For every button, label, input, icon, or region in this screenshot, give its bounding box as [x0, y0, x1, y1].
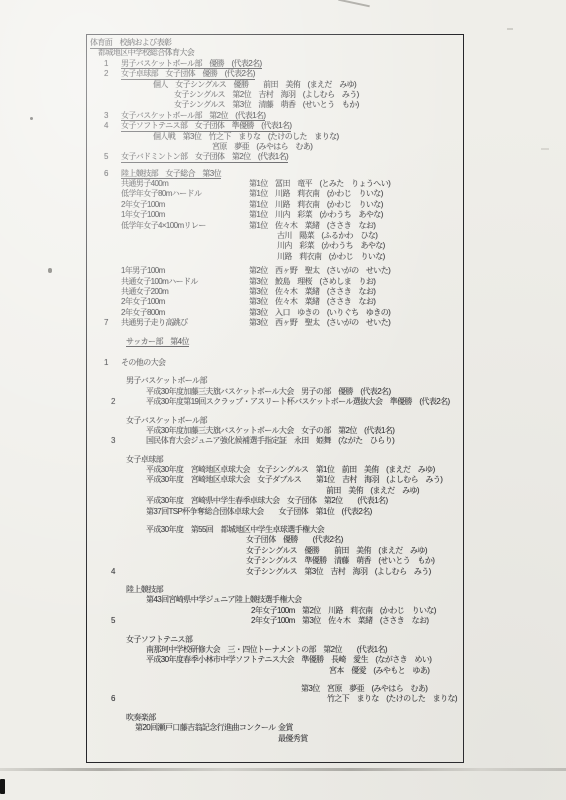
doc-line: サッカー部 第4位: [87, 337, 463, 347]
doc-line: 7共通男子走り高跳び第3位 西ヶ野 聖太 (さいがの せいた): [87, 318, 463, 328]
entry-text: 前田 美侑 (まえだ みゆ): [326, 486, 419, 495]
margin-number: 6: [111, 694, 115, 704]
scan-speck-artifact: [507, 28, 513, 30]
scan-speck-artifact: [48, 268, 52, 273]
doc-line: 5女子バドミントン部 女子団体 第2位 (代表1名): [87, 152, 463, 162]
doc-line: 南那珂中学校研修大会 三・四位トーナメントの部 第2位 (代表1名): [87, 645, 463, 655]
underlined-entry-text: 女子バドミントン部 女子団体 第2位 (代表1名): [121, 152, 288, 163]
doc-line: 第37回TSP杯争奪総合団体卓球大会 女子団体 第1位 (代表2名): [87, 507, 463, 517]
event-label: 共通男子400m: [121, 179, 249, 189]
entry-text: 女子団体 優勝 (代表2名): [246, 535, 343, 544]
margin-number: 5: [111, 616, 115, 626]
entry-text: 川内 彩菜 (かわうち あやな): [277, 241, 385, 250]
doc-line: 第43回宮崎県中学ジュニア陸上競技選手権大会: [87, 595, 463, 605]
entry-text: 平成30年度第19回スクラップ・アスリート杯バスケットボール選抜大会 準優勝 (…: [146, 397, 450, 406]
doc-line: 吹奏楽部: [87, 713, 463, 723]
entry-text: 平成30年度加藤三夫旗バスケットボール大会 女子の部 第2位 (代表1名): [146, 426, 394, 435]
entry-text: 女子バスケットボール部: [126, 416, 207, 425]
margin-number: 1: [104, 59, 121, 69]
entry-text: 平成30年度 第55回 都城地区中学生卓球選手権大会: [146, 525, 324, 534]
margin-number: 6: [104, 169, 121, 179]
result-text: 第3位 鮫島 理桜 (さめしま りお): [249, 277, 375, 286]
doc-line: 女子シングルス 第3位 清藤 萌香 (せいとう もか): [87, 100, 463, 110]
doc-line: 女子ソフトテニス部: [87, 635, 463, 645]
doc-line: 宮本 優愛 (みやもと ゆあ): [87, 666, 463, 676]
doc-line: 女子シングルス 第2位 吉村 海羽 (よしむら みう): [87, 90, 463, 100]
doc-line: 平成30年度 宮崎地区卓球大会 女子シングルス 第1位 前田 美侑 (まえだ み…: [87, 465, 463, 475]
entry-text: 平成30年度 宮崎地区卓球大会 女子シングルス 第1位 前田 美侑 (まえだ み…: [146, 465, 435, 474]
blank-line: [87, 577, 463, 585]
document-frame: 体育面 校納および表彰都城地区中学校総合体育大会1男子バスケットボール部 優勝 …: [86, 34, 464, 763]
doc-line: 低学年女子4×100mリレー第1位 佐々木 菜緒 (ささき なお): [87, 221, 463, 231]
entry-text: 2年女子100m 第2位 川路 莉衣南 (かわじ りいな): [251, 606, 436, 615]
entry-text: 個人 女子シングルス 優勝 前田 美侑 (まえだ みゆ): [153, 80, 356, 89]
entry-text: 女子シングルス 第3位 清藤 萌香 (せいとう もか): [174, 100, 359, 109]
blank-line: [87, 705, 463, 713]
entry-text: 第43回宮崎県中学ジュニア陸上競技選手権大会: [146, 595, 302, 604]
blank-line: [87, 517, 463, 525]
result-text: 第2位 西ヶ野 聖太 (さいがの せいた): [249, 266, 390, 275]
doc-line: 4女子シングルス 第3位 吉村 海羽 (よしむら みう): [87, 567, 463, 577]
entry-text: 最優秀賞: [278, 734, 308, 743]
blank-line: [87, 347, 463, 358]
event-label: 共通男子走り高跳び: [121, 318, 249, 328]
event-label: 低学年女子4×100mリレー: [121, 221, 249, 231]
event-label: 1年男子100m: [121, 266, 249, 276]
result-text: 第1位 冨田 竜平 (とみた りょうへい): [249, 179, 390, 188]
event-label: 低学年女子80mハードル: [121, 189, 249, 199]
result-text: 第3位 佐々木 菜緒 (ささき なお): [249, 297, 375, 306]
margin-number: 4: [104, 121, 121, 131]
underlined-entry-text: 女子バスケットボール部 第2位 (代表1名): [121, 111, 265, 122]
blank-line: [87, 408, 463, 416]
doc-line: 1年女子100m第1位 川内 彩菜 (かわうち あやな): [87, 210, 463, 220]
margin-number: 3: [111, 436, 115, 446]
entry-text: 宮本 優愛 (みやもと ゆあ): [329, 666, 429, 675]
margin-number: 1: [104, 358, 121, 368]
result-text: 第3位 西ヶ野 聖太 (さいがの せいた): [249, 318, 390, 327]
event-label: 2年女子100m: [121, 200, 249, 210]
doc-line: 女子バスケットボール部: [87, 416, 463, 426]
underlined-entry-text: 女子卓球部 女子団体 優勝 (代表2名): [121, 69, 255, 80]
doc-line: 共通男子400m第1位 冨田 竜平 (とみた りょうへい): [87, 179, 463, 189]
event-label: 2年女子100m: [121, 297, 249, 307]
event-label: 第20回瀬戸口藤吉翁記念行進曲コンクール: [135, 723, 278, 733]
entry-text: 女子シングルス 第2位 吉村 海羽 (よしむら みう): [174, 90, 359, 99]
event-label: 1年女子100m: [121, 210, 249, 220]
underlined-entry-text: 体育面 校納および表彰: [90, 38, 171, 49]
doc-line: 共通女子200m第3位 佐々木 菜緒 (ささき なお): [87, 287, 463, 297]
entry-text: 2年女子100m 第3位 佐々木 菜緒 (ささき なお): [251, 616, 428, 625]
entry-text: 南那珂中学校研修大会 三・四位トーナメントの部 第2位 (代表1名): [146, 645, 387, 654]
result-text: 第1位 川路 莉衣南 (かわじ りいな): [249, 200, 383, 209]
doc-line: 平成30年度 宮崎地区卓球大会 女子ダブルス 第1位 吉村 海羽 (よしむら み…: [87, 475, 463, 485]
entry-text: 古川 陽菜 (ふるかわ ひな): [277, 231, 377, 240]
scan-smudge-artifact: [338, 0, 370, 7]
entry-text: 女子ソフトテニス部: [126, 635, 192, 644]
doc-line: 最優秀賞: [87, 734, 463, 744]
doc-line: 川内 彩菜 (かわうち あやな): [87, 241, 463, 251]
entry-text: 女子シングルス 第3位 吉村 海羽 (よしむら みう): [246, 567, 431, 576]
scan-speck-artifact: [541, 148, 549, 150]
doc-line: 低学年女子80mハードル第1位 川路 莉衣南 (かわじ りいな): [87, 189, 463, 199]
scan-corner-mark-artifact: [0, 779, 5, 794]
result-text: 第1位 川内 彩菜 (かわうち あやな): [249, 210, 383, 219]
result-text: 第1位 川路 莉衣南 (かわじ りいな): [249, 189, 383, 198]
entry-text: 女子シングルス 優勝 前田 美侑 (まえだ みゆ): [246, 546, 427, 555]
margin-number: 3: [104, 111, 121, 121]
doc-line: 6竹之下 まりな (たけのした まりな): [87, 694, 463, 704]
doc-line: 2年女子100m第1位 川路 莉衣南 (かわじ りいな): [87, 200, 463, 210]
doc-line: 平成30年度春季小林市中学ソフトテニス大会 準優勝 長崎 愛生 (ながさき めい…: [87, 655, 463, 665]
doc-line: 2年女子100m 第2位 川路 莉衣南 (かわじ りいな): [87, 606, 463, 616]
doc-line: 4女子ソフトテニス部 女子団体 準優勝 (代表1名): [87, 121, 463, 131]
blank-line: [87, 627, 463, 635]
entry-text: 平成30年度加藤三夫旗バスケットボール大会 男子の部 優勝 (代表2名): [146, 387, 391, 396]
entry-text: 国民体育大会ジュニア強化候補選手指定証 永田 姫舞 (ながた ひらり): [146, 436, 394, 445]
underlined-entry-text: 陸上競技部 女子総合 第3位: [121, 169, 221, 180]
result-text: 第1位 佐々木 菜緒 (ささき なお): [249, 221, 375, 230]
doc-line: 女子シングルス 準優勝 清藤 萌香 (せいとう もか): [87, 556, 463, 566]
doc-line: 2女子卓球部 女子団体 優勝 (代表2名): [87, 69, 463, 79]
doc-line: 3国民体育大会ジュニア強化候補選手指定証 永田 姫舞 (ながた ひらり): [87, 436, 463, 446]
event-label: 共通女子100mハードル: [121, 277, 249, 287]
entry-text: 陸上競技部: [126, 585, 163, 594]
entry-text: 都城地区中学校総合体育大会: [98, 48, 194, 57]
doc-line: 平成30年度 第55回 都城地区中学生卓球選手権大会: [87, 525, 463, 535]
doc-line: 女子シングルス 優勝 前田 美侑 (まえだ みゆ): [87, 546, 463, 556]
margin-number: 4: [111, 567, 115, 577]
entry-text: 第37回TSP杯争奪総合団体卓球大会 女子団体 第1位 (代表2名): [146, 507, 372, 516]
entry-text: 個人戦 第3位 竹之下 まりな (たけのした まりな): [153, 132, 339, 141]
margin-number: 7: [104, 318, 121, 328]
entry-text: 吹奏楽部: [126, 713, 156, 722]
doc-line: 前田 美侑 (まえだ みゆ): [87, 486, 463, 496]
blank-line: [87, 676, 463, 684]
entry-text: 平成30年度春季小林市中学ソフトテニス大会 準優勝 長崎 愛生 (ながさき めい…: [146, 655, 431, 664]
entry-text: 女子シングルス 準優勝 清藤 萌香 (せいとう もか): [246, 556, 434, 565]
entry-text: 竹之下 まりな (たけのした まりな): [327, 694, 457, 703]
result-text: 金賞: [278, 723, 293, 732]
underlined-entry-text: 男子バスケットボール部 優勝 (代表2名): [121, 59, 262, 70]
doc-line: 古川 陽菜 (ふるかわ ひな): [87, 231, 463, 241]
result-text: 第3位 入口 ゆきの (いりぐち ゆきの): [249, 308, 390, 317]
entry-text: 川路 莉衣南 (かわじ りいな): [277, 252, 385, 261]
doc-line: 陸上競技部: [87, 585, 463, 595]
doc-line: 3女子バスケットボール部 第2位 (代表1名): [87, 111, 463, 121]
margin-number: 2: [104, 69, 121, 79]
doc-line: 平成30年度加藤三夫旗バスケットボール大会 男子の部 優勝 (代表2名): [87, 387, 463, 397]
doc-line: 1その他の大会: [87, 358, 463, 368]
doc-line: 52年女子100m 第3位 佐々木 菜緒 (ささき なお): [87, 616, 463, 626]
blank-line: [87, 329, 463, 337]
doc-line: 男子バスケットボール部: [87, 376, 463, 386]
entry-text: 平成30年度 宮崎県中学生春季卓球大会 女子団体 第2位 (代表1名): [146, 496, 388, 505]
scan-speck-artifact: [30, 117, 33, 120]
doc-line: 平成30年度 宮崎県中学生春季卓球大会 女子団体 第2位 (代表1名): [87, 496, 463, 506]
doc-line: 2年女子100m第3位 佐々木 菜緒 (ささき なお): [87, 297, 463, 307]
doc-line: 都城地区中学校総合体育大会: [87, 48, 463, 58]
entry-text: 女子卓球部: [126, 455, 163, 464]
event-label: 共通女子200m: [121, 287, 249, 297]
doc-line: 2平成30年度第19回スクラップ・アスリート杯バスケットボール選抜大会 準優勝 …: [87, 397, 463, 407]
underlined-entry-text: 女子ソフトテニス部 女子団体 準優勝 (代表1名): [121, 121, 291, 132]
margin-number: 2: [111, 397, 115, 407]
entry-text: 第3位 宮原 夢亜 (みやはら むあ): [301, 684, 427, 693]
doc-line: 第3位 宮原 夢亜 (みやはら むあ): [87, 684, 463, 694]
scan-streak-artifact: [0, 768, 566, 771]
doc-line: 個人 女子シングルス 優勝 前田 美侑 (まえだ みゆ): [87, 80, 463, 90]
doc-line: 6陸上競技部 女子総合 第3位: [87, 169, 463, 179]
doc-line: 共通女子100mハードル第3位 鮫島 理桜 (さめしま りお): [87, 277, 463, 287]
doc-line: 川路 莉衣南 (かわじ りいな): [87, 252, 463, 262]
blank-line: [87, 447, 463, 455]
doc-line: 体育面 校納および表彰: [87, 38, 463, 48]
doc-line: 個人戦 第3位 竹之下 まりな (たけのした まりな): [87, 132, 463, 142]
doc-line: 宮原 夢亜 (みやはら むあ): [87, 142, 463, 152]
entry-text: 男子バスケットボール部: [126, 376, 207, 385]
doc-line: 2年女子800m第3位 入口 ゆきの (いりぐち ゆきの): [87, 308, 463, 318]
doc-line: 1年男子100m第2位 西ヶ野 聖太 (さいがの せいた): [87, 266, 463, 276]
entry-text: 宮原 夢亜 (みやはら むあ): [212, 142, 312, 151]
doc-line: 女子団体 優勝 (代表2名): [87, 535, 463, 545]
doc-line: 女子卓球部: [87, 455, 463, 465]
margin-number: 5: [104, 152, 121, 162]
entry-text: 平成30年度 宮崎地区卓球大会 女子ダブルス 第1位 吉村 海羽 (よしむら み…: [146, 475, 442, 484]
doc-line: 平成30年度加藤三夫旗バスケットボール大会 女子の部 第2位 (代表1名): [87, 426, 463, 436]
underlined-entry-text: サッカー部 第4位: [126, 337, 189, 348]
event-label: 2年女子800m: [121, 308, 249, 318]
result-text: 第3位 佐々木 菜緒 (ささき なお): [249, 287, 375, 296]
doc-line: 第20回瀬戸口藤吉翁記念行進曲コンクール金賞: [87, 723, 463, 733]
doc-line: 1男子バスケットボール部 優勝 (代表2名): [87, 59, 463, 69]
entry-text: その他の大会: [121, 358, 165, 367]
